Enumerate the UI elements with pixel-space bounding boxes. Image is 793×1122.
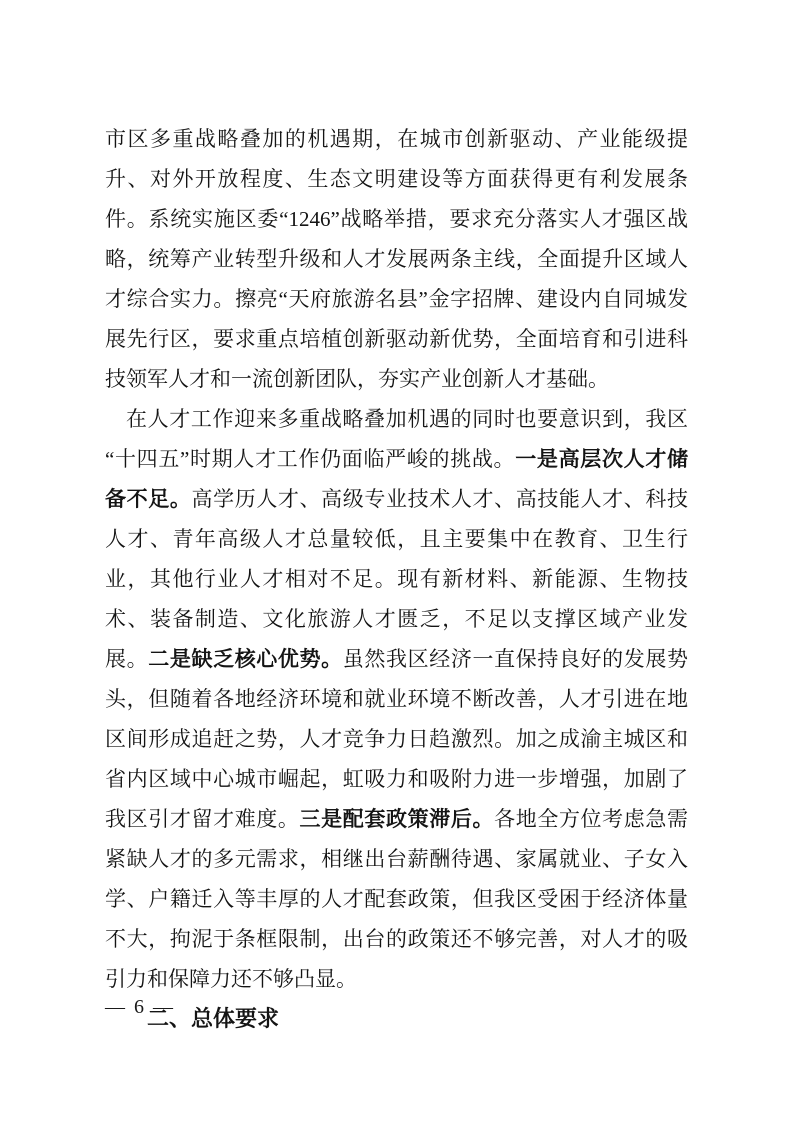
challenge-2-heading: 二是缺乏核心优势。 bbox=[148, 647, 343, 671]
challenge-3-heading: 三是配套政策滞后。 bbox=[300, 807, 495, 831]
page-number: — 6 — bbox=[105, 993, 175, 1021]
challenge-3-text: 各地全方位考虑急需紧缺人才的多元需求，相继出台薪酬待遇、家属就业、子女入学、户籍… bbox=[105, 807, 688, 991]
document-page: 市区多重战略叠加的机遇期，在城市创新驱动、产业能级提升、对外开放程度、生态文明建… bbox=[0, 0, 793, 1122]
section-heading-overall-requirements: 二、总体要求 bbox=[105, 999, 688, 1039]
document-body: 市区多重战略叠加的机遇期，在城市创新驱动、产业能级提升、对外开放程度、生态文明建… bbox=[105, 119, 688, 1039]
paragraph-opportunities-text: 市区多重战略叠加的机遇期，在城市创新驱动、产业能级提升、对外开放程度、生态文明建… bbox=[105, 127, 688, 391]
paragraph-challenges: 在人才工作迎来多重战略叠加机遇的同时也要意识到，我区“十四五”时期人才工作仍面临… bbox=[105, 399, 688, 999]
challenge-2-text: 虽然我区经济一直保持良好的发展势头，但随着各地经济环境和就业环境不断改善，人才引… bbox=[105, 647, 688, 831]
paragraph-opportunities: 市区多重战略叠加的机遇期，在城市创新驱动、产业能级提升、对外开放程度、生态文明建… bbox=[105, 119, 688, 399]
challenge-1-text: 高学历人才、高级专业技术人才、高技能人才、科技人才、青年高级人才总量较低，且主要… bbox=[105, 487, 688, 671]
